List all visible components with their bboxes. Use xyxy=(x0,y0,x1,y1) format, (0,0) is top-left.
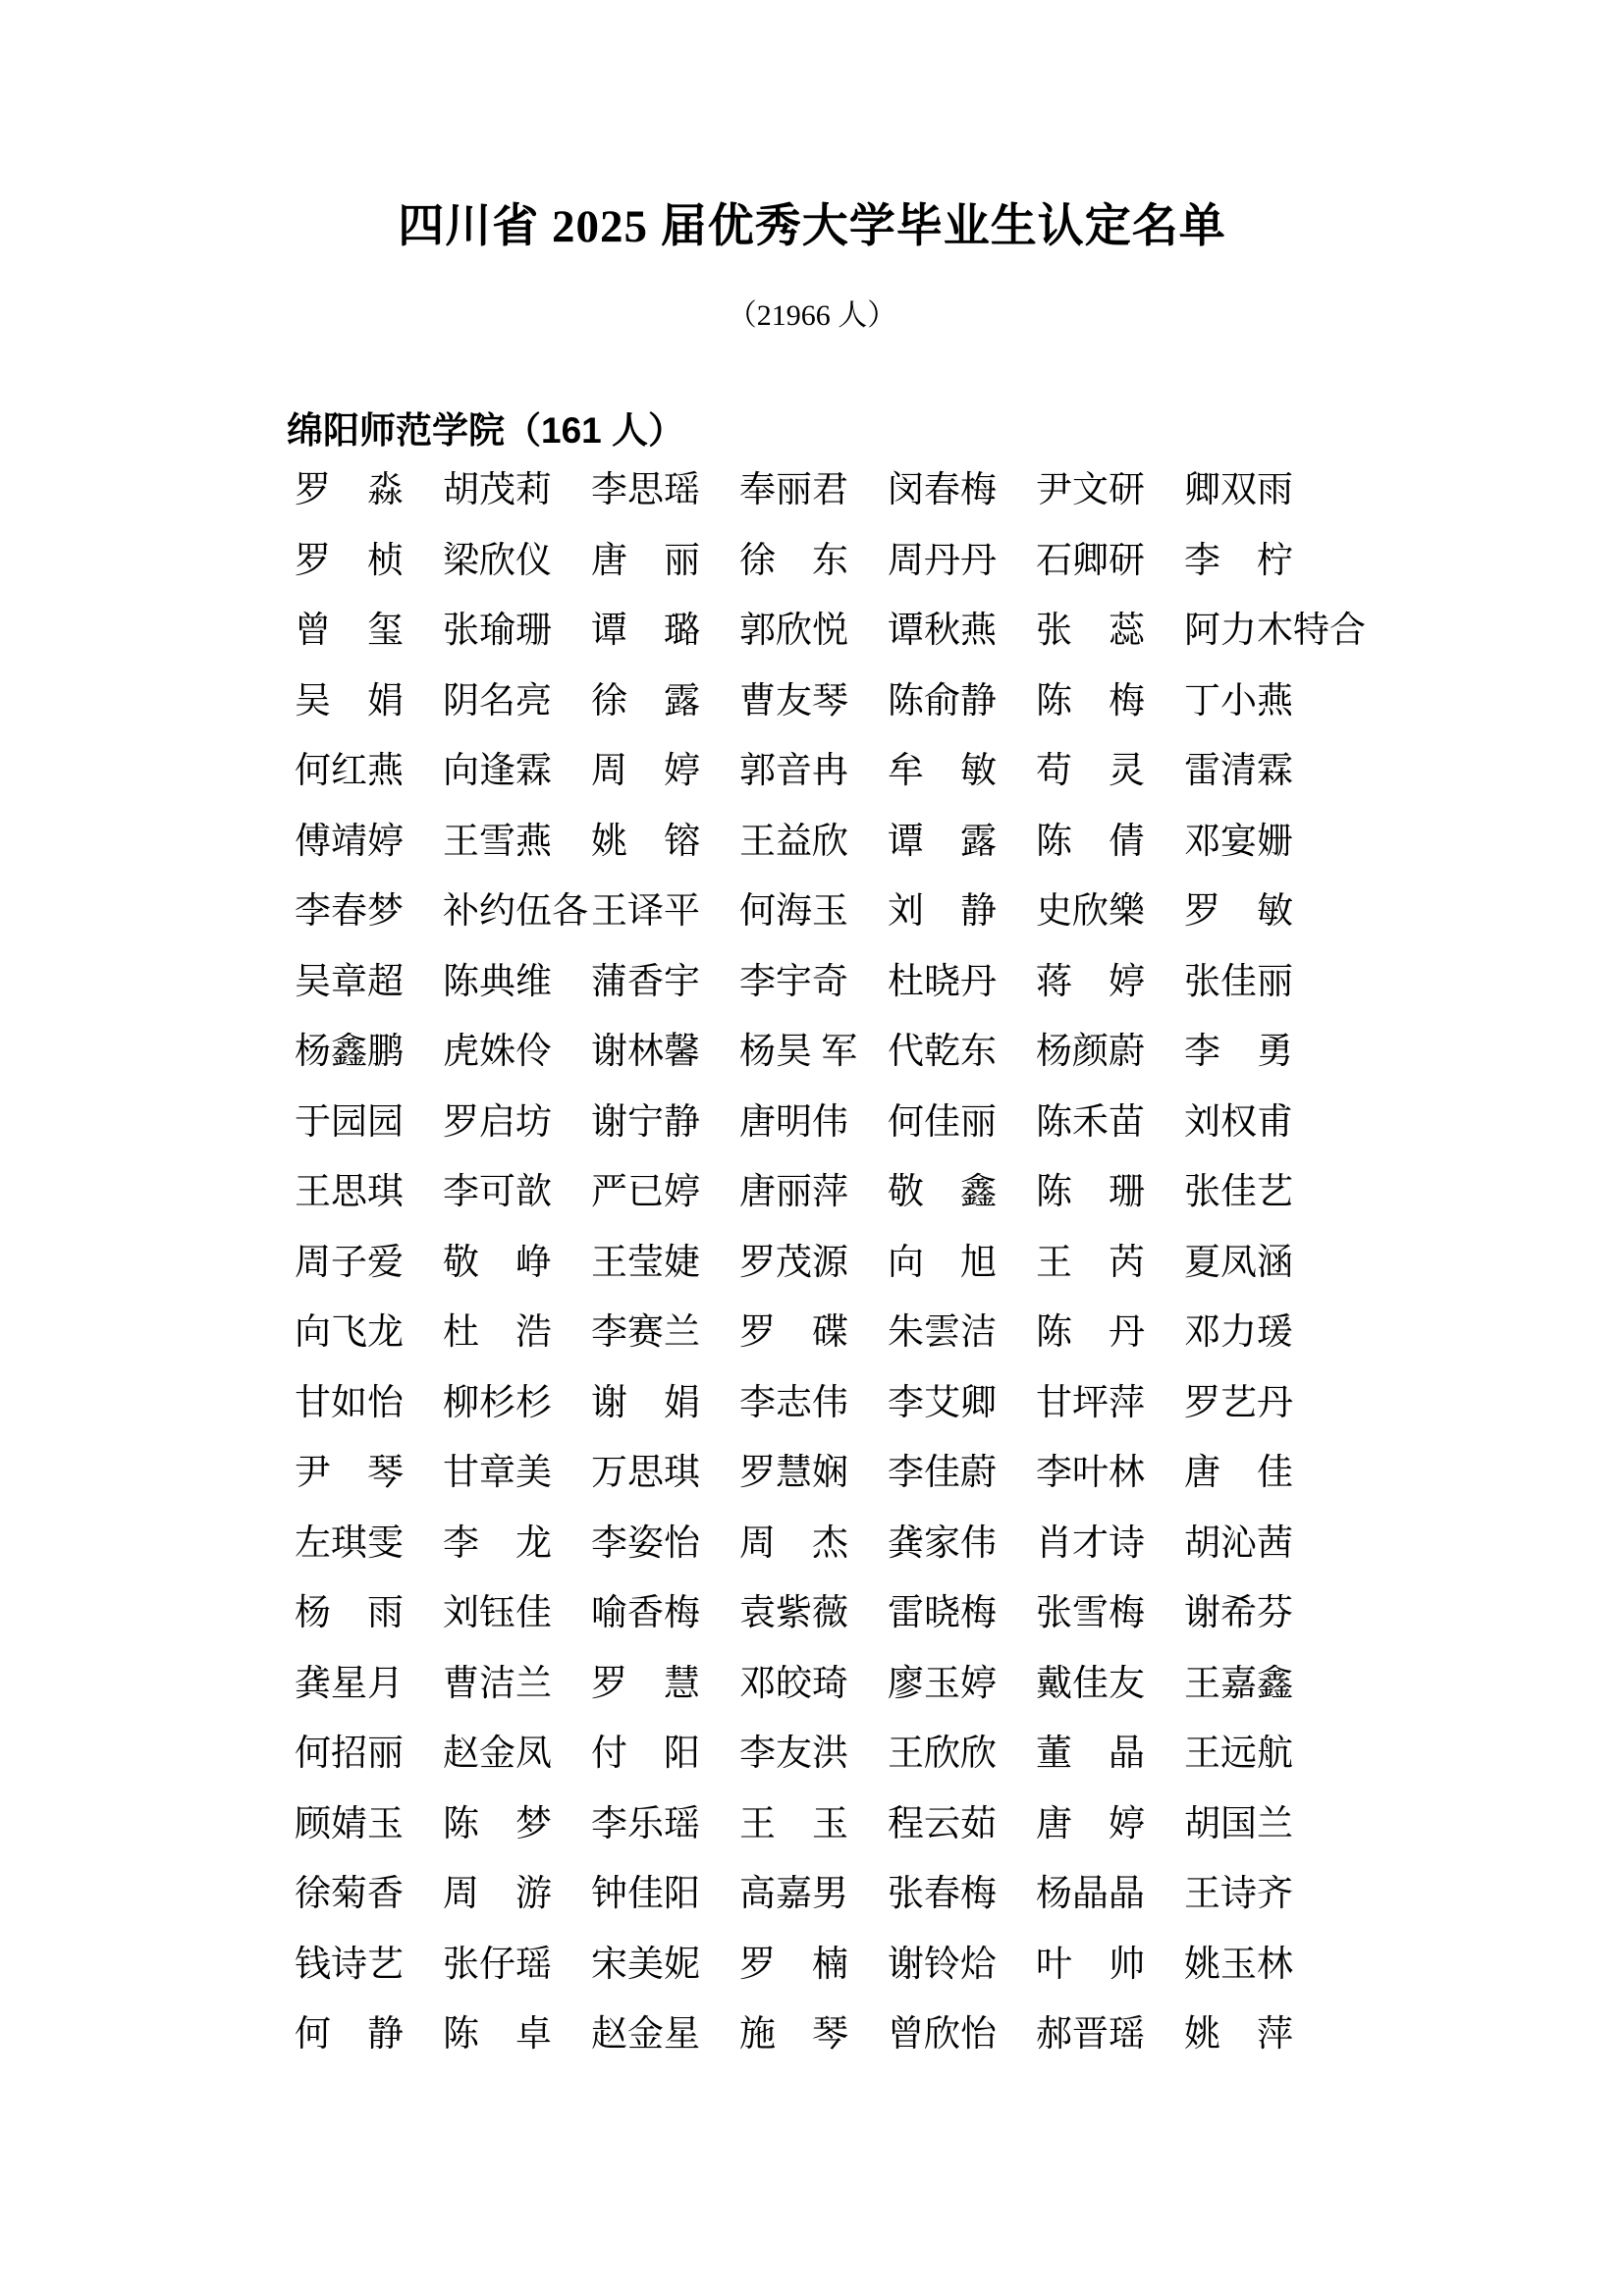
graduate-name: 罗 楠 xyxy=(739,1947,888,1983)
graduate-name: 曹友琴 xyxy=(739,683,888,720)
graduate-name: 梁欣仪 xyxy=(443,543,591,579)
graduate-name: 周丹丹 xyxy=(888,543,1036,579)
graduate-name: 周 游 xyxy=(443,1876,591,1912)
graduate-name: 陈 倩 xyxy=(1036,824,1184,860)
graduate-name: 张佳艺 xyxy=(1184,1174,1332,1210)
graduate-name: 敬 峥 xyxy=(443,1245,591,1281)
name-row: 吴 娟阴名亮徐 露曹友琴陈俞静陈 梅丁小燕 xyxy=(295,667,1332,737)
graduate-name: 谢铃烚 xyxy=(888,1947,1036,1983)
graduate-name: 谭秋燕 xyxy=(888,613,1036,649)
graduate-name: 杨昊 军 xyxy=(739,1034,888,1070)
graduate-name: 张瑜珊 xyxy=(443,613,591,649)
graduate-name: 廖玉婷 xyxy=(888,1666,1036,1702)
graduate-name: 甘坪萍 xyxy=(1036,1385,1184,1421)
school-section-header: 绵阳师范学院（161 人） xyxy=(287,400,684,454)
graduate-name: 奉丽君 xyxy=(739,472,888,508)
graduate-name: 郭欣悦 xyxy=(739,613,888,649)
graduate-name: 郝晋瑶 xyxy=(1036,2016,1184,2053)
graduate-name: 左琪雯 xyxy=(295,1525,443,1562)
graduate-name: 陈 梦 xyxy=(443,1806,591,1842)
graduate-name: 向飞龙 xyxy=(295,1314,443,1351)
graduate-name: 陈禾苗 xyxy=(1036,1104,1184,1141)
name-row: 何招丽赵金凤付 阳李友洪王欣欣董 晶王远航 xyxy=(295,1719,1332,1789)
graduate-name: 顾婧玉 xyxy=(295,1806,443,1842)
graduate-name: 李 龙 xyxy=(443,1525,591,1562)
graduate-name: 蒲香宇 xyxy=(591,964,739,1000)
graduate-name: 蒋 婷 xyxy=(1036,964,1184,1000)
name-row: 曾 玺张瑜珊谭 璐郭欣悦谭秋燕张 蕊阿力木特合 xyxy=(295,596,1332,667)
graduate-name: 张雪梅 xyxy=(1036,1595,1184,1631)
name-row: 周子爱敬 峥王莹婕罗茂源向 旭王 芮夏凤涵 xyxy=(295,1228,1332,1299)
graduate-name: 叶 帅 xyxy=(1036,1947,1184,1983)
graduate-name: 李姿怡 xyxy=(591,1525,739,1562)
graduate-name: 李友洪 xyxy=(739,1735,888,1772)
graduate-name: 石卿研 xyxy=(1036,543,1184,579)
graduate-name: 曾 玺 xyxy=(295,613,443,649)
graduate-name: 阿力木特合 xyxy=(1184,613,1332,649)
graduate-name: 闵春梅 xyxy=(888,472,1036,508)
graduate-name: 龚星月 xyxy=(295,1666,443,1702)
name-row: 罗 淼胡茂莉李思瑶奉丽君闵春梅尹文研卿双雨 xyxy=(295,455,1332,526)
graduate-name: 谢希芬 xyxy=(1184,1595,1332,1631)
graduate-name: 刘权甫 xyxy=(1184,1104,1332,1141)
graduate-name: 虎姝伶 xyxy=(443,1034,591,1070)
graduate-name: 唐明伟 xyxy=(739,1104,888,1141)
graduate-name: 邓力瑗 xyxy=(1184,1314,1332,1351)
graduate-name: 谢林馨 xyxy=(591,1034,739,1070)
name-row: 杨鑫鹏虎姝伶谢林馨杨昊 军代乾东杨颜蔚李 勇 xyxy=(295,1017,1332,1088)
graduate-name: 陈 卓 xyxy=(443,2016,591,2053)
graduate-name: 李佳蔚 xyxy=(888,1455,1036,1491)
name-row: 顾婧玉陈 梦李乐瑶王 玉程云茹唐 婷胡国兰 xyxy=(295,1789,1332,1860)
graduate-name: 史欣樂 xyxy=(1036,893,1184,930)
graduate-name: 苟 灵 xyxy=(1036,753,1184,789)
graduate-name: 王欣欣 xyxy=(888,1735,1036,1772)
graduate-name: 谢 娟 xyxy=(591,1385,739,1421)
graduate-name: 柳杉杉 xyxy=(443,1385,591,1421)
graduate-name: 唐 婷 xyxy=(1036,1806,1184,1842)
graduate-name: 罗 慧 xyxy=(591,1666,739,1702)
graduate-name: 宋美妮 xyxy=(591,1947,739,1983)
graduate-name: 牟 敏 xyxy=(888,753,1036,789)
graduate-name: 谢宁静 xyxy=(591,1104,739,1141)
graduate-name: 陈 珊 xyxy=(1036,1174,1184,1210)
graduate-name: 徐 露 xyxy=(591,683,739,720)
name-row: 王思琪李可歆严已婷唐丽萍敬 鑫陈 珊张佳艺 xyxy=(295,1157,1332,1228)
graduate-name: 王远航 xyxy=(1184,1735,1332,1772)
graduate-name: 喻香梅 xyxy=(591,1595,739,1631)
graduate-name: 杜 浩 xyxy=(443,1314,591,1351)
graduate-name: 王益欣 xyxy=(739,824,888,860)
graduate-name: 补约伍各 xyxy=(443,893,591,930)
graduate-name: 高嘉男 xyxy=(739,1876,888,1912)
graduate-name: 李志伟 xyxy=(739,1385,888,1421)
graduate-name: 邓宴姗 xyxy=(1184,824,1332,860)
total-count-subtitle: （21966 人） xyxy=(0,291,1624,334)
name-row: 傅靖婷王雪燕姚 镕王益欣谭 露陈 倩邓宴姗 xyxy=(295,807,1332,878)
graduate-name: 王莹婕 xyxy=(591,1245,739,1281)
name-row: 于园园罗启坊谢宁静唐明伟何佳丽陈禾苗刘权甫 xyxy=(295,1088,1332,1158)
graduate-name: 王雪燕 xyxy=(443,824,591,860)
graduate-name: 尹文研 xyxy=(1036,472,1184,508)
graduate-name: 夏凤涵 xyxy=(1184,1245,1332,1281)
graduate-name: 王 玉 xyxy=(739,1806,888,1842)
name-row: 向飞龙杜 浩李赛兰罗 碟朱雲洁陈 丹邓力瑗 xyxy=(295,1298,1332,1368)
graduate-name: 周 杰 xyxy=(739,1525,888,1562)
name-row: 何红燕向逢霖周 婷郭音冉牟 敏苟 灵雷清霖 xyxy=(295,736,1332,807)
graduate-name: 赵金星 xyxy=(591,2016,739,2053)
name-row: 杨 雨刘钰佳喻香梅袁紫薇雷晓梅张雪梅谢希芬 xyxy=(295,1578,1332,1649)
graduate-name: 朱雲洁 xyxy=(888,1314,1036,1351)
graduate-name: 胡国兰 xyxy=(1184,1806,1332,1842)
graduate-name: 雷晓梅 xyxy=(888,1595,1036,1631)
graduate-name: 胡沁茜 xyxy=(1184,1525,1332,1562)
graduate-name: 李赛兰 xyxy=(591,1314,739,1351)
graduate-name: 严已婷 xyxy=(591,1174,739,1210)
graduate-name: 何 静 xyxy=(295,2016,443,2053)
graduate-name: 陈 梅 xyxy=(1036,683,1184,720)
graduate-name: 曹洁兰 xyxy=(443,1666,591,1702)
graduate-name: 何红燕 xyxy=(295,753,443,789)
graduate-name: 杜晓丹 xyxy=(888,964,1036,1000)
graduate-name: 李可歆 xyxy=(443,1174,591,1210)
name-row: 何 静陈 卓赵金星施 琴曾欣怡郝晋瑶姚 萍 xyxy=(295,2000,1332,2070)
graduate-name: 肖才诗 xyxy=(1036,1525,1184,1562)
graduate-name: 傅靖婷 xyxy=(295,824,443,860)
graduate-name: 付 阳 xyxy=(591,1735,739,1772)
graduate-name: 李春梦 xyxy=(295,893,443,930)
graduate-name: 向 旭 xyxy=(888,1245,1036,1281)
graduate-name: 卿双雨 xyxy=(1184,472,1332,508)
graduate-name: 谭 璐 xyxy=(591,613,739,649)
graduate-name: 唐丽萍 xyxy=(739,1174,888,1210)
graduate-name: 李叶林 xyxy=(1036,1455,1184,1491)
graduate-name: 向逢霖 xyxy=(443,753,591,789)
graduate-name: 代乾东 xyxy=(888,1034,1036,1070)
graduate-name: 于园园 xyxy=(295,1104,443,1141)
graduate-name: 龚家伟 xyxy=(888,1525,1036,1562)
graduate-name: 李艾卿 xyxy=(888,1385,1036,1421)
name-row: 吴章超陈典维蒲香宇李宇奇杜晓丹蒋 婷张佳丽 xyxy=(295,947,1332,1018)
graduate-name: 甘章美 xyxy=(443,1455,591,1491)
graduate-name: 王译平 xyxy=(591,893,739,930)
name-row: 徐菊香周 游钟佳阳高嘉男张春梅杨晶晶王诗齐 xyxy=(295,1859,1332,1930)
graduate-name: 张春梅 xyxy=(888,1876,1036,1912)
graduate-name: 郭音冉 xyxy=(739,753,888,789)
graduate-name: 王诗齐 xyxy=(1184,1876,1332,1912)
name-row: 甘如怡柳杉杉谢 娟李志伟李艾卿甘坪萍罗艺丹 xyxy=(295,1368,1332,1439)
document-title: 四川省 2025 届优秀大学毕业生认定名单 xyxy=(0,189,1624,255)
graduate-name: 罗 敏 xyxy=(1184,893,1332,930)
graduate-name: 罗艺丹 xyxy=(1184,1385,1332,1421)
graduate-name: 程云茹 xyxy=(888,1806,1036,1842)
graduate-name: 王嘉鑫 xyxy=(1184,1666,1332,1702)
graduate-name: 甘如怡 xyxy=(295,1385,443,1421)
graduate-name: 钟佳阳 xyxy=(591,1876,739,1912)
graduate-name: 李 勇 xyxy=(1184,1034,1332,1070)
graduate-name: 罗茂源 xyxy=(739,1245,888,1281)
graduate-name: 吴章超 xyxy=(295,964,443,1000)
graduate-name: 刘钰佳 xyxy=(443,1595,591,1631)
graduate-name: 何海玉 xyxy=(739,893,888,930)
graduate-name: 施 琴 xyxy=(739,2016,888,2053)
graduate-name: 张 蕊 xyxy=(1036,613,1184,649)
graduate-name: 赵金凤 xyxy=(443,1735,591,1772)
graduate-name: 罗启坊 xyxy=(443,1104,591,1141)
graduate-name: 袁紫薇 xyxy=(739,1595,888,1631)
graduate-name: 万思琪 xyxy=(591,1455,739,1491)
graduate-name: 姚玉林 xyxy=(1184,1947,1332,1983)
graduate-name: 阴名亮 xyxy=(443,683,591,720)
graduate-name: 王思琪 xyxy=(295,1174,443,1210)
graduate-name: 罗慧娴 xyxy=(739,1455,888,1491)
graduate-name: 何佳丽 xyxy=(888,1104,1036,1141)
graduate-name: 胡茂莉 xyxy=(443,472,591,508)
graduate-name: 陈 丹 xyxy=(1036,1314,1184,1351)
name-row: 罗 桢梁欣仪唐 丽徐 东周丹丹石卿研李 柠 xyxy=(295,526,1332,597)
graduate-name: 王 芮 xyxy=(1036,1245,1184,1281)
graduate-name: 钱诗艺 xyxy=(295,1947,443,1983)
name-row: 李春梦补约伍各王译平何海玉刘 静史欣樂罗 敏 xyxy=(295,877,1332,947)
graduate-name: 谭 露 xyxy=(888,824,1036,860)
graduate-name: 周 婷 xyxy=(591,753,739,789)
graduate-name: 邓皎琦 xyxy=(739,1666,888,1702)
graduate-name: 敬 鑫 xyxy=(888,1174,1036,1210)
graduate-name: 姚 镕 xyxy=(591,824,739,860)
graduate-name: 吴 娟 xyxy=(295,683,443,720)
name-row: 龚星月曹洁兰罗 慧邓皎琦廖玉婷戴佳友王嘉鑫 xyxy=(295,1649,1332,1720)
graduate-name: 罗 桢 xyxy=(295,543,443,579)
graduate-name: 尹 琴 xyxy=(295,1455,443,1491)
graduate-name: 戴佳友 xyxy=(1036,1666,1184,1702)
graduate-name: 徐菊香 xyxy=(295,1876,443,1912)
graduate-name: 雷清霖 xyxy=(1184,753,1332,789)
graduate-name: 唐 佳 xyxy=(1184,1455,1332,1491)
graduate-name: 丁小燕 xyxy=(1184,683,1332,720)
graduate-name: 周子爱 xyxy=(295,1245,443,1281)
graduate-name-grid: 罗 淼胡茂莉李思瑶奉丽君闵春梅尹文研卿双雨罗 桢梁欣仪唐 丽徐 东周丹丹石卿研李… xyxy=(295,455,1332,2070)
graduate-name: 罗 淼 xyxy=(295,472,443,508)
graduate-name: 杨 雨 xyxy=(295,1595,443,1631)
graduate-name: 刘 静 xyxy=(888,893,1036,930)
graduate-name: 杨颜蔚 xyxy=(1036,1034,1184,1070)
graduate-name: 姚 萍 xyxy=(1184,2016,1332,2053)
graduate-name: 曾欣怡 xyxy=(888,2016,1036,2053)
graduate-name: 徐 东 xyxy=(739,543,888,579)
graduate-name: 唐 丽 xyxy=(591,543,739,579)
graduate-name: 杨晶晶 xyxy=(1036,1876,1184,1912)
graduate-name: 杨鑫鹏 xyxy=(295,1034,443,1070)
graduate-name: 何招丽 xyxy=(295,1735,443,1772)
graduate-name: 陈俞静 xyxy=(888,683,1036,720)
graduate-name: 陈典维 xyxy=(443,964,591,1000)
document-page: 四川省 2025 届优秀大学毕业生认定名单 （21966 人） 绵阳师范学院（1… xyxy=(0,0,1624,2296)
graduate-name: 董 晶 xyxy=(1036,1735,1184,1772)
name-row: 钱诗艺张仔瑶宋美妮罗 楠谢铃烚叶 帅姚玉林 xyxy=(295,1930,1332,2001)
graduate-name: 李思瑶 xyxy=(591,472,739,508)
name-row: 左琪雯李 龙李姿怡周 杰龚家伟肖才诗胡沁茜 xyxy=(295,1509,1332,1579)
graduate-name: 李 柠 xyxy=(1184,543,1332,579)
graduate-name: 张仔瑶 xyxy=(443,1947,591,1983)
graduate-name: 罗 碟 xyxy=(739,1314,888,1351)
graduate-name: 李宇奇 xyxy=(739,964,888,1000)
graduate-name: 张佳丽 xyxy=(1184,964,1332,1000)
name-row: 尹 琴甘章美万思琪罗慧娴李佳蔚李叶林唐 佳 xyxy=(295,1438,1332,1509)
graduate-name: 李乐瑶 xyxy=(591,1806,739,1842)
